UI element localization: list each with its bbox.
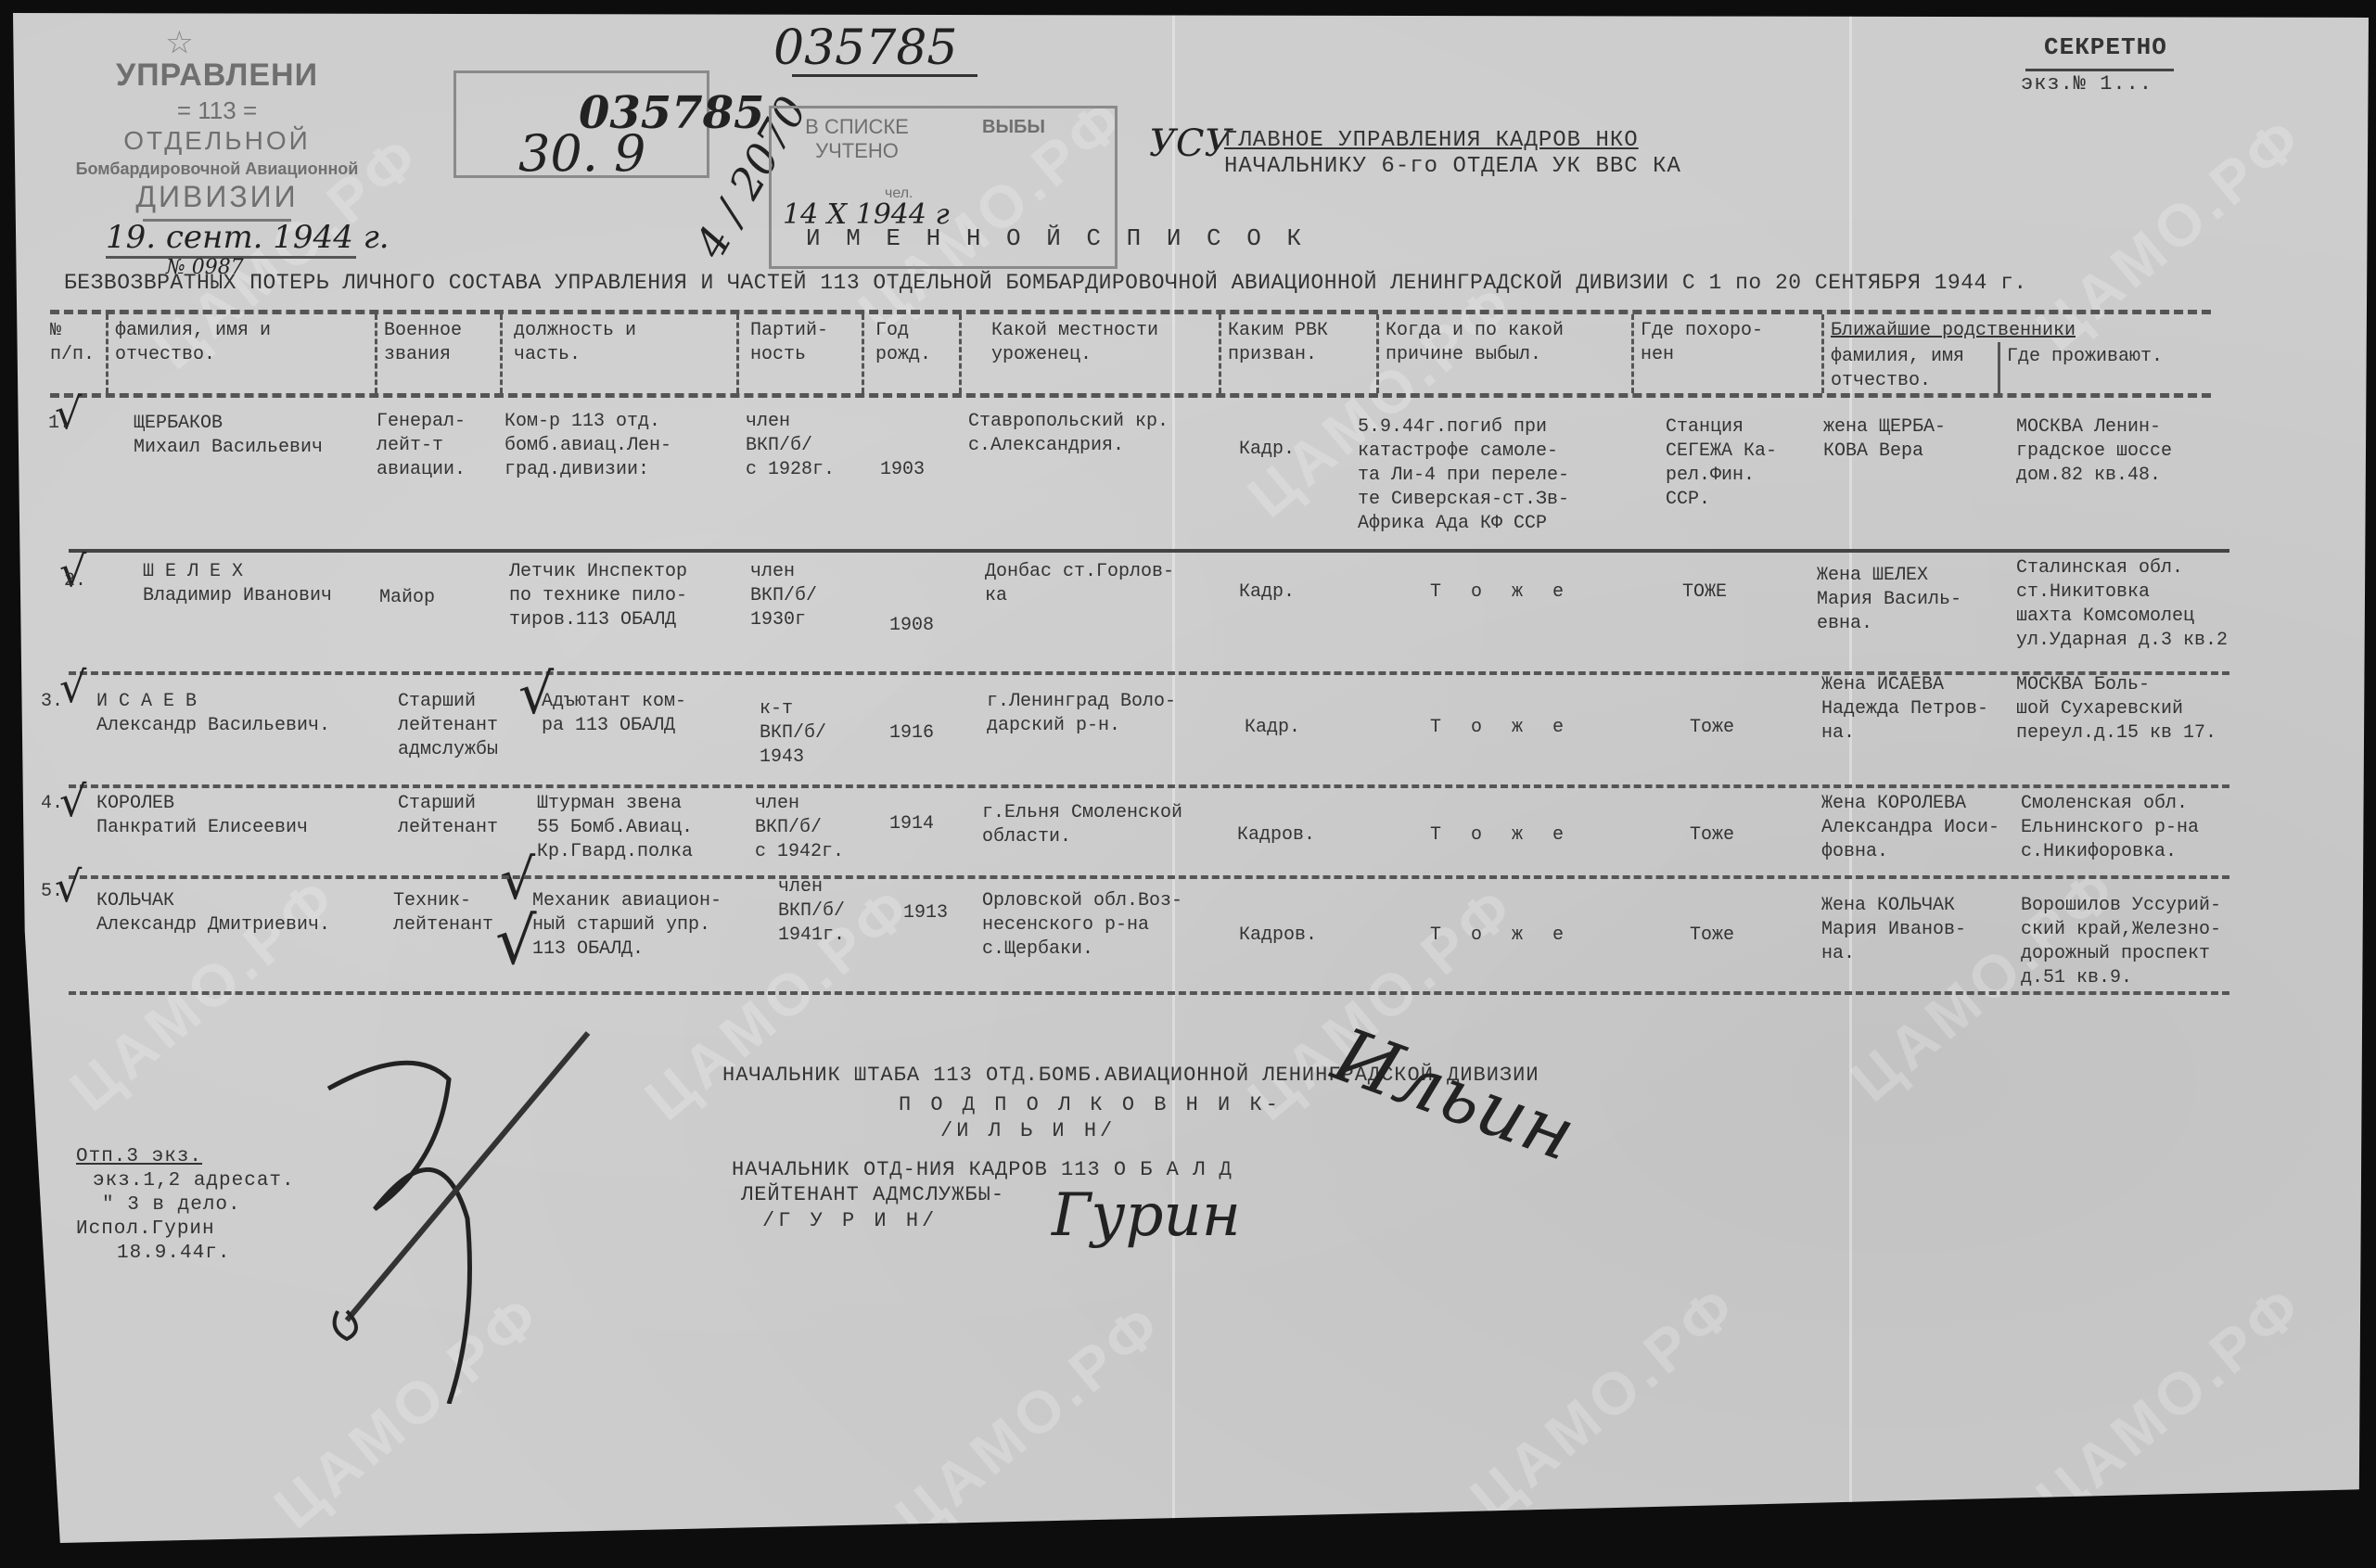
copy-number: экз.№ 1...	[2021, 72, 2152, 96]
document-page: ЦАМО.РФ ЦАМО.РФ ЦАМО.РФ ЦАМО.РФ ЦАМО.РФ …	[13, 13, 2369, 1543]
watermark: ЦАМО.РФ	[1457, 1269, 1751, 1532]
handwritten-mark: УСУ	[1149, 122, 1231, 165]
watermark: ЦАМО.РФ	[882, 1288, 1176, 1550]
stamp-date: 19. сент. 1944 г.	[106, 219, 390, 256]
watermark: ЦАМО.РФ	[2023, 1269, 2317, 1532]
checkmark-icon: √	[495, 903, 537, 979]
document-number: 035785	[773, 20, 958, 76]
classification-label: СЕКРЕТНО	[2044, 33, 2167, 61]
handwritten-resolution-mark	[291, 1014, 625, 1404]
document-title: И М Е Н Н О Й С П И С О К	[806, 224, 1307, 252]
addressee-line-1: ГЛАВНОЕ УПРАВЛЕНИЯ КАДРОВ НКО	[1224, 128, 1639, 153]
signature-gurin: Гурин	[1052, 1181, 1241, 1250]
addressee-line-2: НАЧАЛЬНИКУ 6-го ОТДЕЛА УК ВВС КА	[1224, 154, 1681, 179]
registry-date: 30. 9	[518, 124, 645, 183]
signature-ilyin: Ильин	[1322, 1012, 1586, 1178]
paper-fold	[1849, 13, 1852, 1543]
document-subtitle: БЕЗВОЗВРАТНЫХ ПОТЕРЬ ЛИЧНОГО СОСТАВА УПР…	[64, 271, 2027, 295]
